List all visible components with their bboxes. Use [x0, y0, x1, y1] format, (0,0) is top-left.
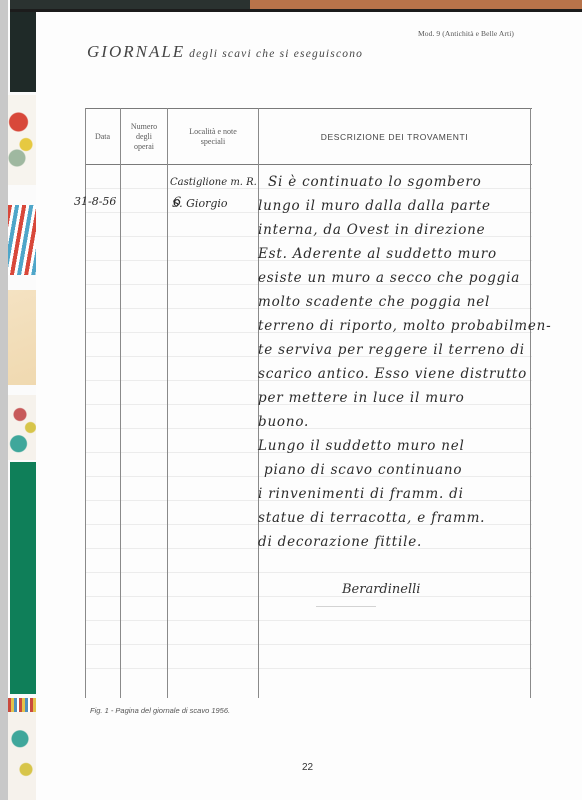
description-line: scarico antico. Esso viene distrutto	[258, 366, 527, 382]
page-number: 22	[302, 762, 313, 773]
description-line: Est. Aderente al suddetto muro	[258, 246, 497, 262]
top-book-edge	[10, 0, 582, 12]
description-line: buono.	[258, 414, 309, 430]
header-date: Data	[85, 112, 120, 162]
entry-location-line2: S. Giorgio	[172, 197, 228, 210]
table-top-border	[85, 108, 532, 109]
description-line: esiste un muro a secco che poggia	[258, 270, 520, 286]
header-location: Località e note speciali	[168, 112, 258, 162]
entry-date: 31-8-56	[74, 195, 116, 208]
description-line: Si è continuato lo sgombero	[268, 174, 482, 190]
description-line: terreno di riporto, molto probabilmen-	[258, 318, 552, 334]
title-subtitle: degli scavi che si eseguiscono	[189, 48, 363, 60]
ruled-line	[85, 596, 532, 597]
figure-caption: Fig. 1 - Pagina del giornale di scavo 19…	[90, 706, 230, 715]
description-line: piano di scavo continuano	[264, 462, 462, 478]
header-workers: Numero degli operai	[121, 112, 167, 162]
column-border	[530, 108, 531, 698]
ornament-floral-red	[8, 95, 38, 185]
ruled-line	[85, 620, 532, 621]
page-title: GIORNALEdegli scavi che si eseguiscono	[87, 42, 363, 62]
header-description: DESCRIZIONE DEI TROVAMENTI	[259, 112, 530, 162]
description-line: te serviva per reggere il terreno di	[258, 342, 525, 358]
description-line: statue di terracotta, e framm.	[258, 510, 485, 526]
ornament-striped-frieze	[8, 205, 38, 275]
ruled-line	[85, 572, 532, 573]
ruled-line	[85, 644, 532, 645]
description-line: di decorazione fittile.	[258, 534, 422, 550]
ruled-line	[85, 668, 532, 669]
ornament-bottom-frieze	[8, 698, 38, 800]
journal-page: Mod. 9 (Antichità e Belle Arti) GIORNALE…	[36, 12, 582, 800]
ornament-floral-teal	[8, 395, 38, 460]
description-line: interna, da Ovest in direzione	[258, 222, 485, 238]
description-line: molto scadente che poggia nel	[258, 294, 490, 310]
ornament-beige-panel	[8, 290, 38, 385]
signature-underline	[316, 606, 376, 607]
column-border	[120, 108, 121, 698]
header-bottom-border	[85, 164, 532, 165]
description-line: Lungo il suddetto muro nel	[258, 438, 465, 454]
title-main: GIORNALE	[87, 42, 185, 61]
description-line: lungo il muro dalla dalla parte	[258, 198, 491, 214]
cover-edge	[10, 4, 38, 92]
description-line: i rinvenimenti di framm. di	[258, 486, 464, 502]
column-border	[167, 108, 168, 698]
model-label: Mod. 9 (Antichità e Belle Arti)	[418, 29, 514, 38]
description-line: per mettere in luce il muro	[258, 390, 465, 406]
entry-location-line1: Castiglione m. R.	[170, 177, 257, 188]
signature: Berardinelli	[342, 582, 420, 597]
